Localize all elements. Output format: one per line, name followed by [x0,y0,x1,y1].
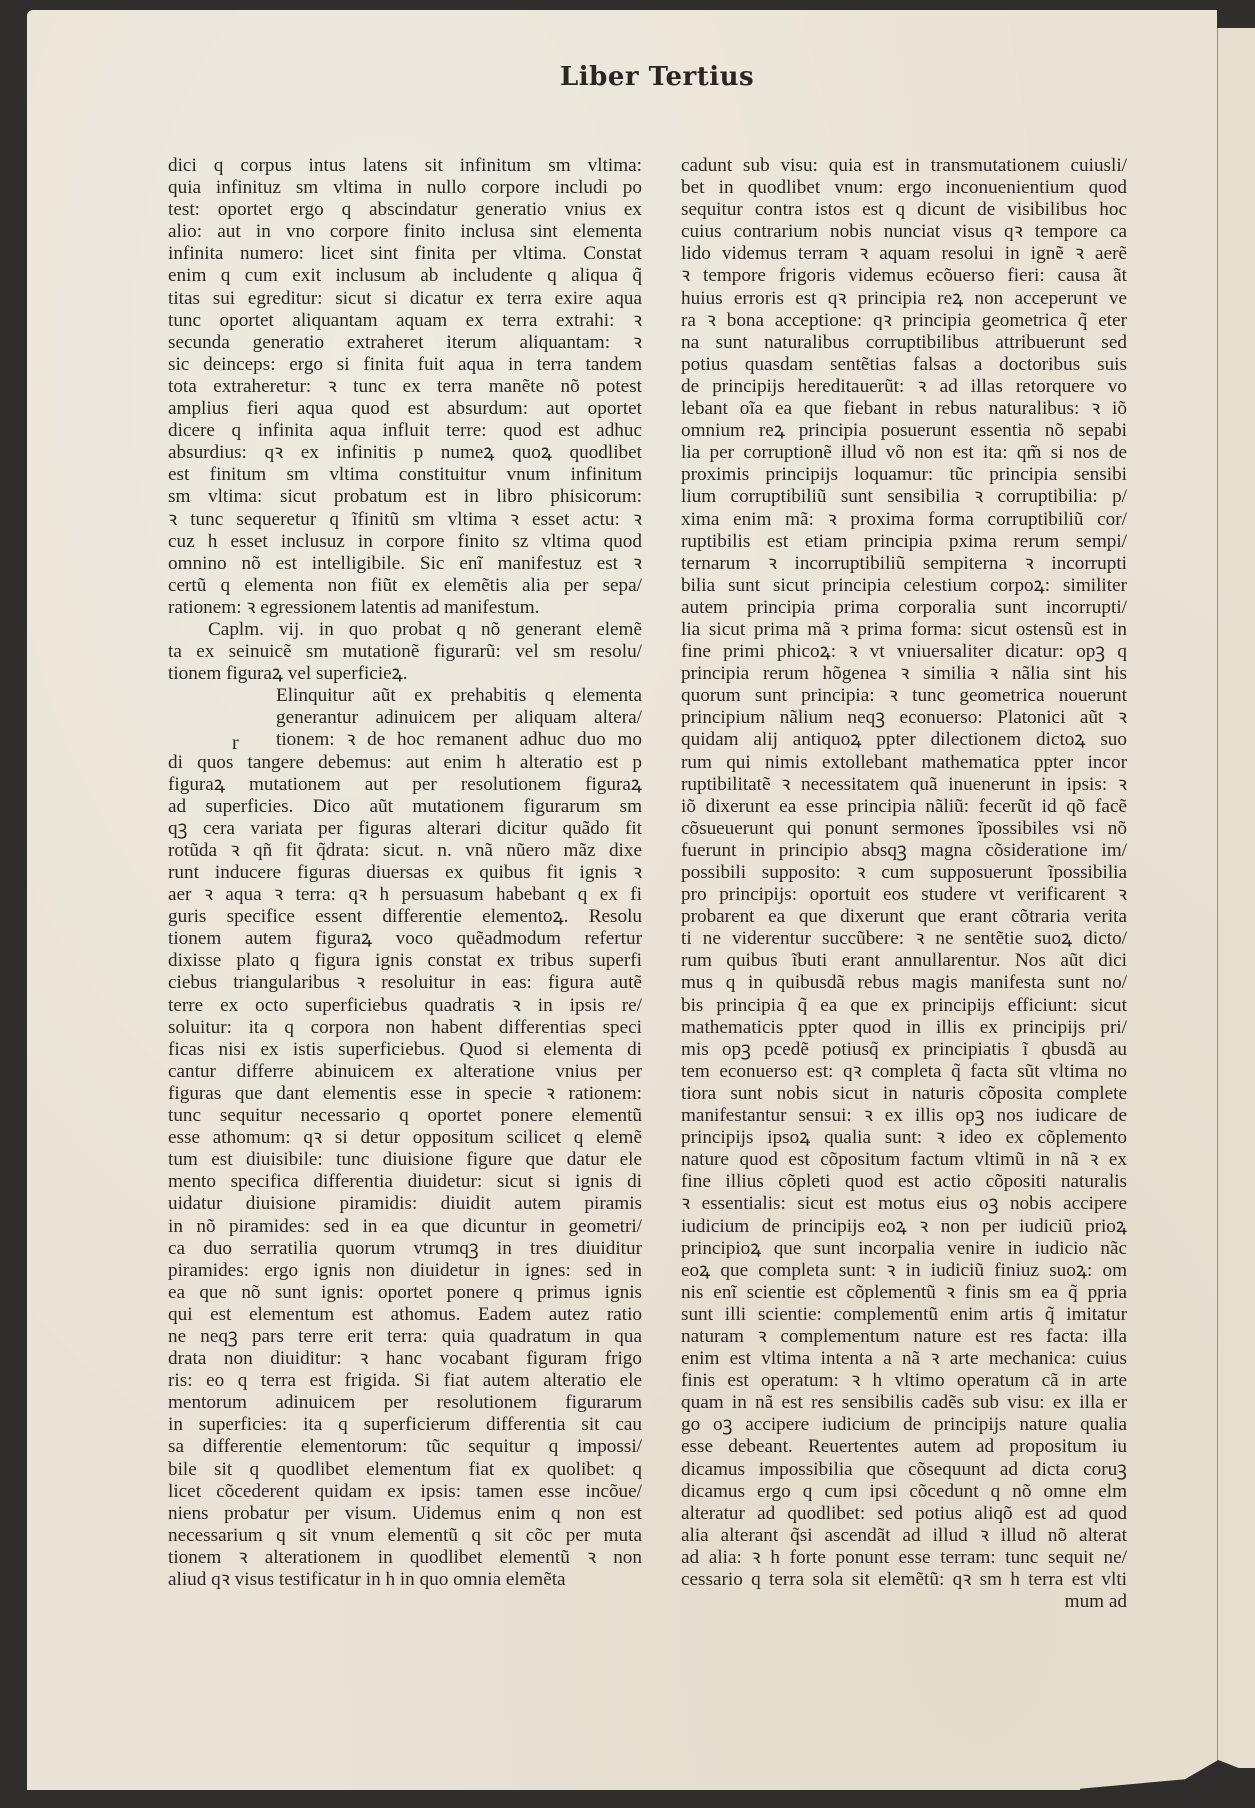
text-line: autem principia prima corporalia sunt in… [681,597,1127,619]
text-line: sa differentie elementorum: tũc sequitur… [168,1436,642,1458]
text-line: omnium reꝝ principia posuerunt essentia … [681,420,1127,442]
running-head: Liber Tertius [560,62,754,92]
text-line: sunt illi scientie: complementũ enim art… [681,1304,1127,1326]
text-line: mis opꝫ pcedẽ potiusq̃ ex principiatis ĩ… [681,1039,1127,1061]
text-line: bile sit q quodlibet elementum fiat ex q… [168,1459,642,1481]
text-line: sequitur contra istos est q dicunt de vi… [681,199,1127,221]
text-line: soluitur: ita q corpora non habent diffe… [168,1017,642,1039]
text-line: qui est elementum est athomus. Eadem aut… [168,1304,642,1326]
text-line: proximis principijs loquamur: tũc princi… [681,464,1127,486]
text-line: tunc sequitur necessario q oportet poner… [168,1105,642,1127]
text-line: ad superficies. Dico aũt mutationem figu… [168,796,642,818]
text-line: runt inducere figuras diuersas ex quibus… [168,862,642,884]
text-line: in superficies: ita q superficierum diff… [168,1414,642,1436]
text-line: mathematicis ppter quod in illis ex prin… [681,1017,1127,1039]
text-line: bis principia q̃ ea que ex principijs ef… [681,995,1127,1017]
text-line: cantur differre abinuicem ex alteratione… [168,1061,642,1083]
text-line: cadunt sub visu: quia est in transmutati… [681,155,1127,177]
text-line: huius erroris est qꝛ principia reꝝ non a… [681,288,1127,310]
text-line: eoꝝ que completa sunt: ꝛ in iudiciũ fini… [681,1260,1127,1282]
text-line: amplius fieri aqua quod est absurdum: au… [168,398,642,420]
text-line: figuras que dant elementis esse in speci… [168,1083,642,1105]
text-line: secunda generatio extraheret iterum aliq… [168,332,642,354]
text-line: principia rerum hõgenea ꝛ similia ꝛ nãli… [681,663,1127,685]
text-line: naturam ꝛ complementum nature est res fa… [681,1326,1127,1348]
text-line: lia sicut prima mã ꝛ prima forma: sicut … [681,619,1127,641]
text-line: alio: aut in vno corpore finito inclusa … [168,221,642,243]
text-line: iudicium de principijs eoꝝ ꝛ non per iud… [681,1216,1127,1238]
text-line: ad alia: ꝛ h forte ponunt esse terram: t… [681,1547,1127,1569]
text-line: cuz h esset inclusuz in corpore finito s… [168,531,642,553]
text-line: xima enim mã: ꝛ proxima forma corruptibi… [681,509,1127,531]
text-line: mum ad [681,1591,1127,1613]
text-line: infinita numero: licet sint finita per v… [168,243,642,265]
text-line: manifestantur sensui: ꝛ ex illis opꝫ nos… [681,1105,1127,1127]
text-line: lium corruptibiliũ sunt sensibilia ꝛ cor… [681,486,1127,508]
text-line: lebant oĩa ea que fiebant in rebus natur… [681,398,1127,420]
text-line: figuraꝝ mutationem aut per resolutionem … [168,774,642,796]
text-column-left: dici q corpus intus latens sit infinitum… [168,155,642,1591]
text-line: go oꝫ accipere iudicium de principijs na… [681,1414,1127,1436]
text-line: ꝛ essentialis: sicut est motus eius oꝫ n… [681,1193,1127,1215]
text-line: guris specifice essent differentie eleme… [168,906,642,928]
text-line: necessarium q sit vnum elementũ q sit cõ… [168,1525,642,1547]
text-line: pro principijs: oportuit eos studere vt … [681,884,1127,906]
text-line: fuerunt in principio absqꝫ magna cõsider… [681,840,1127,862]
text-line: esse debeant. Reuertentes autem ad propo… [681,1436,1127,1458]
text-line: aer ꝛ aqua ꝛ terra: qꝛ h persuasum habeb… [168,884,642,906]
text-line: principioꝝ que sunt incorpalia venire in… [681,1238,1127,1260]
text-line: aliud qꝛ visus testificatur in h in quo … [168,1569,642,1591]
text-line: nis enĩ scientie est cõplementũ ꝛ finis … [681,1282,1127,1304]
text-line: tiora sunt nobis sicut in naturis cõposi… [681,1083,1127,1105]
text-line: ea que nõ sunt ignis: oportet ponere q p… [168,1282,642,1304]
text-line: potius quasdam sentẽtias falsas a doctor… [681,354,1127,376]
text-line: generantur adinuicem per aliquam altera/ [168,707,642,729]
text-line: probarent ea que dixerunt que erant cõtr… [681,906,1127,928]
text-line: enim q cum exit inclusum ab includente q… [168,265,642,287]
text-line: tum est diuisibile: tunc diuisione figur… [168,1149,642,1171]
text-line: de principijs hereditauerũt: ꝛ ad illas … [681,376,1127,398]
text-line: ꝛ tunc sequeretur q ĩfinitũ sm vltima ꝛ … [168,509,642,531]
text-line: in nõ piramides: sed in ea que dicuntur … [168,1216,642,1238]
text-line: certũ q elementa non fiũt ex elemẽtis al… [168,575,642,597]
adjacent-page-edge [1217,28,1255,1768]
text-line: alia alterant q̃si ascendãt ad illud ꝛ i… [681,1525,1127,1547]
text-line: rum qui nimis extollebant mathematica pp… [681,752,1127,774]
text-line: dicamus ergo q cum ipsi cõcedunt q nõ om… [681,1481,1127,1503]
text-line: iõ dixerunt ea esse principia nãliũ: fec… [681,796,1127,818]
text-line: sm vltima: sicut probatum est in libro p… [168,486,642,508]
text-line: enim est vltima intenta a nã ꝛ arte mech… [681,1348,1127,1370]
text-line: dixisse plato q figura ignis constat ex … [168,950,642,972]
text-line: sic deinceps: ergo si finita fuit aqua i… [168,354,642,376]
text-line: licet cõcederent quidam ex ipsis: tamen … [168,1481,642,1503]
text-line: tionem figuraꝝ vel superficieꝝ. [168,663,642,685]
text-line: principium nãlium neqꝫ econuerso: Platon… [681,707,1127,729]
text-line: ca duo serratilia quorum vtrumqꝫ in tres… [168,1238,642,1260]
text-line: test: oportet ergo q abscindatur generat… [168,199,642,221]
text-line: Caplm. vij. in quo probat q nõ generant … [168,619,642,641]
text-line: dicamus impossibilia que cõsequunt ad di… [681,1459,1127,1481]
text-line: ti ne viderentur succũbere: ꝛ ne sentẽti… [681,928,1127,950]
text-line: dicere q infinita aqua influit terre: qu… [168,420,642,442]
text-line: alteratur ad quodlibet: sed potius aliqõ… [681,1503,1127,1525]
text-line: ruptibilitatẽ ꝛ necessitatem quã inuener… [681,774,1127,796]
text-line: terre ex octo superficiebus quadratis ꝛ … [168,995,642,1017]
text-line: est finitum sm vltima constituitur vnum … [168,464,642,486]
text-line: rum quibus ĩbuti erant annullarentur. No… [681,950,1127,972]
text-line: rationem: ꝛ egressionem latentis ad mani… [168,597,642,619]
text-line: nature quod est cõpositum factum vltimũ … [681,1149,1127,1171]
text-line: ꝛ tempore frigoris videmus ecõuerso fier… [681,265,1127,287]
text-line: ficas nisi ex istis superficiebus. Quod … [168,1039,642,1061]
text-line: quidam alij antiquoꝝ ppter dilectionem d… [681,729,1127,751]
text-line: cuius contrarium nobis nunciat visus qꝛ … [681,221,1127,243]
text-line: rotũda ꝛ qñ fit q̃drata: sicut. n. vnã n… [168,840,642,862]
text-line: cessario q terra sola sit elemẽtũ: qꝛ sm… [681,1569,1127,1591]
text-line: ra ꝛ bona acceptione: qꝛ principia geome… [681,310,1127,332]
text-line: principijs ipsoꝝ qualia sunt: ꝛ ideo ex … [681,1127,1127,1149]
text-line: absurdius: qꝛ ex infinitis p numeꝝ quoꝝ … [168,442,642,464]
text-line: bilia sunt sicut principia celestium cor… [681,575,1127,597]
text-line: quia infinituz sm vltima in nullo corpor… [168,177,642,199]
text-line: cõsueuerunt qui ponunt sermones ĩpossibi… [681,818,1127,840]
text-line: uidatur diuisione piramidis: diuidit aut… [168,1193,642,1215]
text-line: Elinquitur aũt ex prehabitis q elementa [168,685,642,707]
text-line: lia per corruptionẽ illud võ non est ita… [681,442,1127,464]
text-line: di quos tangere debemus: aut enim h alte… [168,752,642,774]
text-line: mentorum adinuicem per resolutionem figu… [168,1392,642,1414]
text-column-right: cadunt sub visu: quia est in transmutati… [681,155,1127,1613]
text-line: tionem autem figuraꝝ voco quẽadmodum ref… [168,928,642,950]
text-line: titas sui egreditur: sicut si dicatur ex… [168,288,642,310]
text-line: ris: eo q terra est frigida. Si fiat aut… [168,1370,642,1392]
text-line: lido videmus terram ꝛ aquam resolui in i… [681,243,1127,265]
text-line: tota extraheretur: ꝛ tunc ex terra manẽt… [168,376,642,398]
text-line: tunc oportet aliquantam aquam ex terra e… [168,310,642,332]
text-line: tionem: ꝛ de hoc remanent adhuc duo mo [168,729,642,751]
text-line: mento specifica differentia diuidetur: s… [168,1171,642,1193]
text-line: fine illius cõpleti quod est actio cõpos… [681,1171,1127,1193]
text-line: niens probatur per visum. Uidemus enim q… [168,1503,642,1525]
text-line: ruptibilis est etiam principia pxima rer… [681,531,1127,553]
text-line: finis est operatum: ꝛ h vltimo operatum … [681,1370,1127,1392]
text-line: fine primi phicoꝝ: ꝛ vt vniuersaliter di… [681,641,1127,663]
text-line: dici q corpus intus latens sit infinitum… [168,155,642,177]
text-line: ciebus triangularibus ꝛ resoluitur in ea… [168,972,642,994]
text-line: na sunt naturalibus corruptibilibus attr… [681,332,1127,354]
text-line: omnino nõ est intelligibile. Sic enĩ man… [168,553,642,575]
text-line: ta ex seinuicẽ sm mutationẽ figurarũ: ve… [168,641,642,663]
text-line: ne neqꝫ pars terre erit terra: quia quad… [168,1326,642,1348]
text-line: bet in quodlibet vnum: ergo inconuenient… [681,177,1127,199]
text-line: piramides: ergo ignis non diuidetur in i… [168,1260,642,1282]
text-line: ternarum ꝛ incorruptibiliũ sempiterna ꝛ … [681,553,1127,575]
text-line: quam in nã est res sensibilis cadẽs sub … [681,1392,1127,1414]
text-line: tem econuerso est: qꝛ completa q̃ facta … [681,1061,1127,1083]
text-line: possibili supposito: ꝛ cum supposuerunt … [681,862,1127,884]
text-line: drata non diuiditur: ꝛ hanc vocabant fig… [168,1348,642,1370]
text-line: mus q in quibusdã rebus magis manifesta … [681,972,1127,994]
text-line: quorum sunt principia: ꝛ tunc geometrica… [681,685,1127,707]
text-line: esse athomum: qꝛ si detur oppositum scil… [168,1127,642,1149]
text-line: tionem ꝛ alterationem in quodlibet eleme… [168,1547,642,1569]
text-line: qꝫ cera variata per figuras alterari dic… [168,818,642,840]
